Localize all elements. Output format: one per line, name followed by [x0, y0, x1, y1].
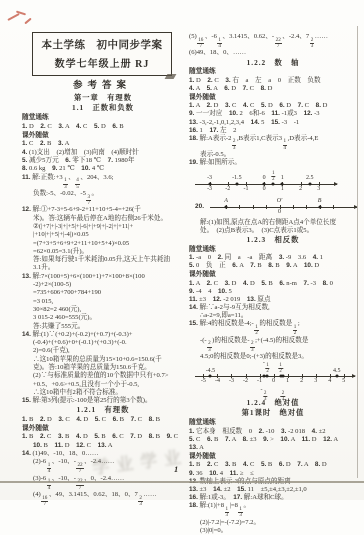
exercise-type-heading: 随堂通练 — [189, 68, 357, 77]
section-heading: 1.2.2 数 轴 — [189, 58, 357, 68]
number-line: -3-2-10123-3-1.501212.5 — [195, 169, 357, 197]
answer-line: 答:共赚了555元。 — [33, 323, 184, 331]
fraction: 14 — [283, 139, 288, 151]
book-title-box: 本土学练 初中同步学案 数学七年级上册 RJ — [32, 32, 172, 76]
answer-line: 1. A 2. C 3. D 4. D 5. B 6. n-m 7. -3 8.… — [189, 280, 357, 288]
answer-line: 1. B 2. D 3. C 4. D 5. C 6. B 7. C 8. B — [22, 416, 184, 424]
point-label: 23 — [280, 387, 285, 401]
point-label: 1 — [281, 175, 284, 182]
answer-line: 2)=0.6(千克), — [33, 347, 184, 355]
answer-line: 14. 解:(1)∵(+0.2)+(-0.2)+(+0.7)+(-0.3)+ — [22, 331, 184, 339]
answer-line: -2)+2×(100-5) — [33, 281, 184, 289]
answer-line: 11. ±3 12. -2 019 13. 原点 — [189, 296, 357, 304]
axis-tick — [266, 205, 267, 209]
answer-line: 负数:-5、-0.02、-537。 — [33, 190, 184, 206]
answer-line: (2)∵与标准质量的差值的10个数据中只有+0.7> — [33, 372, 184, 380]
answer-line: =62×0.05=3.1(升)。 — [33, 248, 184, 256]
fraction: 12 — [254, 325, 259, 337]
tick-label: 0 — [263, 186, 266, 193]
answer-line: 解:(1)如图,原点在点A的右侧距A点4个单位长度 — [200, 219, 357, 227]
answer-line: 13. A — [189, 444, 357, 452]
fraction: 12 — [278, 363, 282, 374]
chapter-heading: 第一章 有理数 — [22, 93, 184, 103]
number-line-axis-area: -3-2-10123-3-1.501212.5 — [195, 169, 337, 197]
number-line: 20.0AO′B — [195, 199, 357, 217]
plotted-point — [308, 182, 311, 185]
page-number: 1 — [174, 464, 178, 474]
book-series-title: 本土学练 初中同步学案 — [35, 37, 169, 52]
fraction: 23 — [138, 496, 143, 500]
answer-line: ∴这10箱苹果的总质量为15×10+0.6=150.6(千 — [33, 356, 184, 364]
answer-line: 18. 解:A表示-223,B表示1,C表示314,D表示-4,E — [189, 135, 357, 151]
tick-label: -3 — [229, 378, 234, 385]
answer-line: =3 015, — [33, 298, 184, 306]
point-label: 2.5 — [306, 175, 314, 182]
page-edge-line — [357, 26, 358, 478]
answer-line: 1. 它本身 相反数 0 2. -10 3. -2 018 4. ±2 — [189, 428, 357, 436]
axis-tick — [293, 205, 294, 209]
answer-line: 1. B 2. C 3. B 4. C 5. B 6. D 7. A 8. D — [189, 461, 357, 469]
plotted-point — [272, 182, 275, 185]
exercise-type-heading: 课外随做 — [189, 93, 357, 102]
plotted-point — [235, 182, 238, 185]
answer-line: (4)167、49、3.1415、0.62、18、0、723…… — [33, 491, 184, 500]
answer-line: =(7+3+5+6+9+2+11+10+5+4)×0.05 — [33, 240, 184, 248]
answer-line: 8. 0.6 kg 9. 21 ℃ 10. 4 ℃ — [22, 165, 184, 173]
answer-line: 9. 一一对应 10. 2 6和-6 11. -1或3 12. -3 — [189, 110, 357, 118]
plotted-point — [225, 205, 228, 208]
section-heading: 1.2.1 有理数 — [22, 405, 184, 415]
fraction: 23 — [281, 391, 285, 402]
axis-tick — [306, 205, 307, 209]
exercise-type-heading: 随堂通练 — [189, 419, 357, 428]
answer-line: 米)。答:这辆车最后停在A地的右侧26千米处。 — [33, 215, 184, 223]
answer-line: 答:如果每行驶1千米耗油0.05升,这天上午共耗油 — [33, 256, 184, 264]
answer-line: 13. ±3 14. ±2 15. 11 ±5,±4,±3,±2,±1,0 — [189, 486, 357, 494]
answer-line: (6)49、18、0、…… — [189, 49, 357, 57]
exercise-type-heading: 课外随做 — [22, 424, 184, 433]
answer-line: 1. C 2. B 3. A — [22, 140, 184, 148]
point-label: A — [224, 198, 228, 205]
axis-tick — [333, 205, 334, 209]
plotted-point — [318, 205, 321, 208]
point-label: 12 — [278, 360, 283, 374]
fraction: 14 — [217, 38, 222, 50]
axis-line — [195, 184, 337, 185]
fraction: 45 — [75, 178, 80, 190]
point-label: -4.5 — [206, 368, 216, 375]
tick-label: -5 — [201, 378, 206, 385]
red-stroke — [7, 13, 19, 21]
tick-label: 0 — [272, 378, 275, 385]
section-heading: 1.2.4 绝对值 — [189, 398, 357, 408]
answer-line: 处。 (2)点B表示3。 (3)C点表示1或5。 — [200, 227, 357, 235]
answer-line: |+10|+|+5|+|-4|)×0.05 — [33, 231, 184, 239]
axis-arrow — [352, 374, 356, 378]
answer-line: +0.5、+0.6>+0.5,且没有一个小于-0.5, — [33, 381, 184, 389]
number-line-axis-area: 0AO′B — [210, 199, 357, 217]
page-bottom-line — [0, 481, 364, 483]
tick-label: 0 — [278, 209, 281, 216]
axis-arrow — [334, 182, 338, 186]
point-label: 12 — [271, 167, 276, 181]
fraction: 23 — [232, 139, 237, 151]
fraction: 12 — [265, 363, 269, 374]
red-stroke — [24, 18, 31, 25]
answer-line: 9. 36 10. 4 11. ≥ ≤ — [189, 470, 357, 478]
answer-line: -(-23)的相反数是-23;+(-4.5)的相反数是 — [200, 337, 357, 353]
fraction: 13 — [63, 178, 68, 190]
tick-label: 3 — [317, 186, 320, 193]
fraction: 167 — [41, 496, 48, 500]
answer-line: 3 015-2 460=555(元)。 — [33, 314, 184, 322]
answers-title: 参考答案 — [22, 77, 182, 91]
point-label: -23 — [261, 387, 268, 401]
answer-line: 5. 0 负 正 6. A 7. B 8. B 9. A 10. D — [189, 262, 357, 270]
tick-label: -1 — [243, 186, 248, 193]
answer-line: 1. D 2. C 3. A 4. C 5. D 6. B — [22, 123, 184, 131]
axis-line — [210, 207, 357, 208]
plotted-point — [281, 375, 284, 378]
answer-line: ②(|+7|+|-3|+|+5|+|-6|+|+9|+|-2|+|+11|+ — [33, 223, 184, 231]
tick-label: 2 — [299, 186, 302, 193]
answer-line: ∴这10箱中有2箱不符合标准。 — [33, 389, 184, 397]
answer-line: (5)167、-614、3.1415、0.62、-227、-2.4、723…… — [189, 33, 357, 49]
tick-label: 3 — [314, 378, 317, 385]
point-label: O′ — [277, 198, 283, 205]
section-heading: 1.1 正数和负数 — [22, 103, 184, 113]
tick-label: -1 — [257, 378, 262, 385]
plotted-point — [335, 375, 338, 378]
answer-line: 13. 解:7×(100+5)+6×(100+1)+7×100+8×(100 — [22, 273, 184, 281]
axis-tick — [253, 205, 254, 209]
point-label: 4.5 — [333, 368, 341, 375]
tick-label: -2 — [243, 378, 248, 385]
fraction: 167 — [197, 38, 204, 50]
question-number: 20. — [195, 203, 204, 211]
point-label: 0 — [263, 175, 266, 182]
answer-line: 16. 1 17. 左 2 — [189, 127, 357, 135]
fraction: 23 — [263, 391, 267, 402]
tick-label: -4 — [215, 378, 220, 385]
answer-line: =735+606+700+784+190 — [33, 289, 184, 297]
axis-line — [195, 376, 355, 377]
answer-line: 4. (1)支出 (2)增加 (3)向南 (4)顺时针 — [22, 149, 184, 157]
fraction: 227 — [76, 463, 83, 475]
axis-tick — [239, 205, 240, 209]
answer-line: 15. 解:4的相反数是-4;-12的相反数是12; — [189, 320, 357, 336]
book-subject-title: 数学七年级上册 RJ — [35, 55, 169, 70]
answer-line: 5. C 6. B 7. A 8. ±3 9. > 10. A 11. D 12… — [189, 436, 357, 444]
exercise-type-heading: 随堂通练 — [189, 245, 357, 254]
answer-line: 16. 解:1或-3。 17. 解:A球和C球。 — [189, 494, 357, 500]
fraction: 14 — [47, 463, 52, 475]
right-column: (5)167、-614、3.1415、0.62、-227、-2.4、723……(… — [189, 33, 357, 500]
fraction: 12 — [271, 171, 275, 182]
exercise-type-heading: 课外随做 — [189, 452, 357, 461]
plotted-point — [265, 375, 268, 378]
tick-label: 4 — [328, 378, 331, 385]
section-heading: 第1课时 绝对值 — [189, 408, 357, 418]
answer-line: 1. D 2. C 3. 右 a 左 a 0 正数 负数 — [189, 77, 357, 85]
tick-label: -2 — [225, 186, 230, 193]
tick-label: 5 — [342, 378, 345, 385]
plotted-point — [209, 375, 212, 378]
fraction: 12 — [293, 325, 298, 337]
answer-line: 12. 解:①+7-3+5-6+9-2+11+10+5-4=+26(千 — [22, 206, 184, 214]
answer-line: 15. 解:第3列(提示:-100是第25行的第3个数)。 — [22, 397, 184, 405]
fraction: 23 — [250, 341, 255, 353]
point-label: B — [318, 198, 322, 205]
answer-line: 4. A 5. A 6. D 7. C 8. D — [189, 85, 357, 93]
number-line-axis-area: -5-4-3-2-1012345-4.5-12124.5-2323 — [195, 362, 355, 396]
plotted-point — [208, 182, 211, 185]
plotted-point — [263, 182, 266, 185]
fraction: 23 — [207, 341, 212, 353]
point-label: -12 — [263, 360, 270, 374]
answer-line: 9. -4 4 10. 5 — [189, 288, 357, 296]
answer-line: 30×82=2 460(元), — [33, 306, 184, 314]
number-line: -5-4-3-2-1012345-4.5-12124.5-2323 — [195, 362, 357, 396]
tick-label: 2 — [300, 378, 303, 385]
answer-line: 3.1升。 — [33, 264, 184, 272]
exercise-type-heading: 课外随做 — [189, 271, 357, 280]
answer-line: 11. 解:正数:+313、45、204、3.6; — [22, 174, 184, 190]
point-label: -1.5 — [232, 175, 242, 182]
answer-line: 1. B 2. C 3. B 4. D 5. B 6. C 7. D 8. B … — [22, 433, 184, 441]
fraction: 23 — [310, 38, 315, 50]
plotted-point — [281, 182, 284, 185]
answer-line: 13. -3,-2,-1,0,1,2,3,4 14. 5 15. -3 -1 — [189, 119, 357, 127]
left-column: 第一章 有理数1.1 正数和负数随堂通练1. D 2. C 3. A 4. C … — [22, 93, 184, 500]
answer-line: 5. 减少5万元 6. 零下18 ℃ 7. 1980年 — [22, 157, 184, 165]
fraction: 37 — [86, 195, 91, 207]
exercise-type-heading: 课外随做 — [22, 131, 184, 140]
point-label: -3 — [207, 175, 212, 182]
tick-label: -3 — [207, 186, 212, 193]
scanned-page: 本土学练 初中同步学案 数学七年级上册 RJ 参考答案 第一章 有理数1.1 正… — [0, 0, 364, 500]
fraction: 227 — [275, 38, 282, 50]
exercise-type-heading: 随堂通练 — [22, 114, 184, 123]
section-heading: 1.2.3 相反数 — [189, 235, 357, 245]
tick-label: 1 — [281, 186, 284, 193]
tick-label: 1 — [286, 378, 289, 385]
